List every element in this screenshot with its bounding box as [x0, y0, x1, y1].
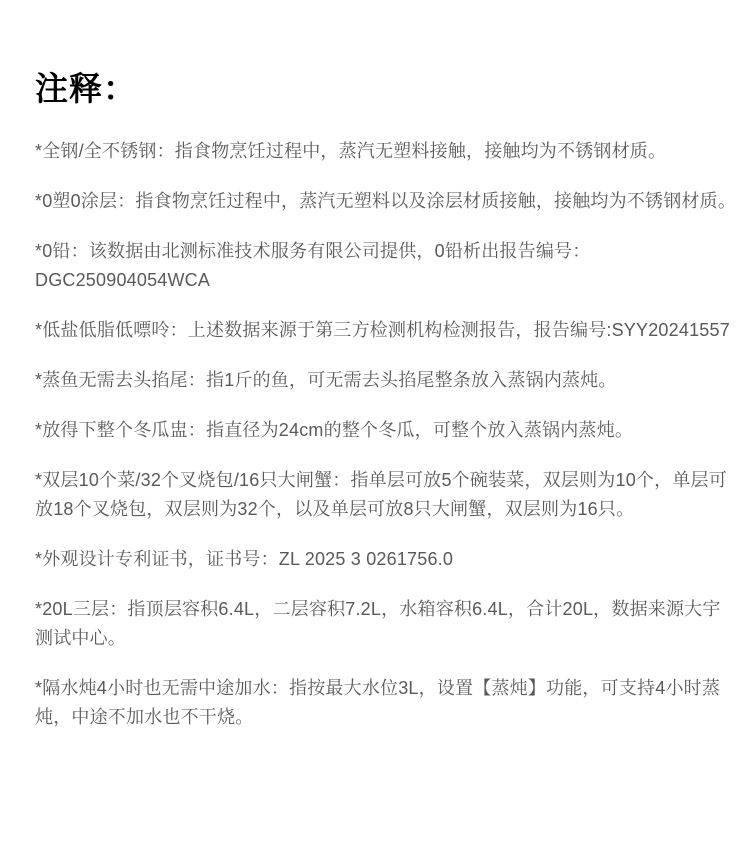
- note-paragraph: *蒸鱼无需去头掐尾：指1斤的鱼，可无需去头掐尾整条放入蒸锅内蒸炖。: [35, 366, 732, 395]
- note-paragraph: *全钢/全不锈钢：指食物烹饪过程中，蒸汽无塑料接触，接触均为不锈钢材质。: [35, 137, 732, 166]
- note-paragraph: *0塑0涂层：指食物烹饪过程中，蒸汽无塑料以及涂层材质接触，接触均为不锈钢材质。: [35, 187, 732, 216]
- note-line: 炖，中途不加水也不干烧。: [35, 703, 732, 732]
- note-line: *蒸鱼无需去头掐尾：指1斤的鱼，可无需去头掐尾整条放入蒸锅内蒸炖。: [35, 366, 732, 395]
- note-line: DGC250904054WCA: [35, 266, 732, 295]
- note-paragraph: *外观设计专利证书，证书号：ZL 2025 3 0261756.0: [35, 545, 732, 574]
- note-line: *低盐低脂低嘌呤：上述数据来源于第三方检测机构检测报告，报告编号:SYY2024…: [35, 316, 732, 345]
- note-line: 测试中心。: [35, 624, 732, 653]
- notes-page: 注释： *全钢/全不锈钢：指食物烹饪过程中，蒸汽无塑料接触，接触均为不锈钢材质。…: [0, 0, 750, 844]
- note-line: *20L三层：指顶层容积6.4L，二层容积7.2L，水箱容积6.4L，合计20L…: [35, 595, 732, 624]
- note-line: *放得下整个冬瓜盅：指直径为24cm的整个冬瓜，可整个放入蒸锅内蒸炖。: [35, 416, 732, 445]
- notes-list: *全钢/全不锈钢：指食物烹饪过程中，蒸汽无塑料接触，接触均为不锈钢材质。*0塑0…: [35, 137, 732, 732]
- note-line: *全钢/全不锈钢：指食物烹饪过程中，蒸汽无塑料接触，接触均为不锈钢材质。: [35, 137, 732, 166]
- note-line: 放18个叉烧包，双层则为32个，以及单层可放8只大闸蟹，双层则为16只。: [35, 495, 732, 524]
- note-paragraph: *放得下整个冬瓜盅：指直径为24cm的整个冬瓜，可整个放入蒸锅内蒸炖。: [35, 416, 732, 445]
- note-line: *0铅：该数据由北测标准技术服务有限公司提供，0铅析出报告编号：: [35, 237, 732, 266]
- note-line: *隔水炖4小时也无需中途加水：指按最大水位3L，设置【蒸炖】功能，可支持4小时蒸: [35, 674, 732, 703]
- note-line: *0塑0涂层：指食物烹饪过程中，蒸汽无塑料以及涂层材质接触，接触均为不锈钢材质。: [35, 187, 732, 216]
- note-paragraph: *低盐低脂低嘌呤：上述数据来源于第三方检测机构检测报告，报告编号:SYY2024…: [35, 316, 732, 345]
- note-paragraph: *双层10个菜/32个叉烧包/16只大闸蟹：指单层可放5个碗装菜，双层则为10个…: [35, 466, 732, 524]
- note-line: *双层10个菜/32个叉烧包/16只大闸蟹：指单层可放5个碗装菜，双层则为10个…: [35, 466, 732, 495]
- page-title: 注释：: [35, 68, 732, 111]
- note-line: *外观设计专利证书，证书号：ZL 2025 3 0261756.0: [35, 545, 732, 574]
- note-paragraph: *20L三层：指顶层容积6.4L，二层容积7.2L，水箱容积6.4L，合计20L…: [35, 595, 732, 653]
- note-paragraph: *隔水炖4小时也无需中途加水：指按最大水位3L，设置【蒸炖】功能，可支持4小时蒸…: [35, 674, 732, 732]
- note-paragraph: *0铅：该数据由北测标准技术服务有限公司提供，0铅析出报告编号：DGC25090…: [35, 237, 732, 295]
